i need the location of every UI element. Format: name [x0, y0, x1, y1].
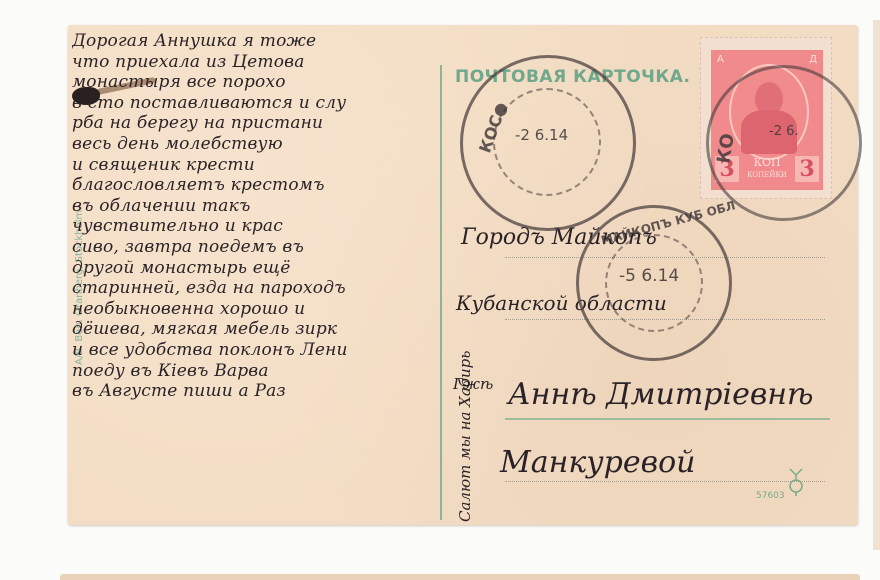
message-line: другой монастырь ещё — [72, 258, 440, 279]
message-line: весь день молебствую — [72, 134, 440, 155]
handwritten-message: Дорогая Аннушка я тожечто приехала из Це… — [72, 31, 440, 402]
postmark-destination: -5 6.14 МАЙКОПЪ КУБ ОБЛ — [576, 205, 732, 361]
postmark-stamp-cancel-ring-text: КО — [713, 132, 739, 165]
postmark-origin: -2 6.14 КОС● — [460, 55, 636, 231]
message-line: благословляетъ крестомъ — [72, 175, 440, 196]
postcard: ПОЧТОВАЯ КАРТОЧКА. A/B. Ben. Granberg, S… — [68, 25, 858, 525]
message-line: и священик крести — [72, 155, 440, 176]
stamp-corner-left: А — [717, 54, 724, 65]
serial-number: 57603 — [756, 491, 785, 501]
message-line: поеду въ Кiевъ Варва — [72, 361, 440, 382]
message-line: что приехала из Цетова — [72, 52, 440, 73]
address-honorific: Гжѣ — [453, 375, 493, 393]
message-line: монастыря все порохо — [72, 72, 440, 93]
message-line: дёшева, мягкая мебель зирк — [72, 319, 440, 340]
next-postcard-edge — [60, 574, 860, 580]
message-line: рба на берегу на пристани — [72, 113, 440, 134]
postmark-stamp-cancel: -2 6. КО — [706, 65, 862, 221]
center-divider-line — [440, 65, 442, 520]
message-line: в сто поставливаются и слу — [72, 93, 440, 114]
postmark-origin-date: -2 6.14 — [515, 126, 568, 144]
address-rule-4 — [505, 481, 825, 482]
address-recipient-name: Аннѣ Дмитрiевнѣ — [508, 377, 814, 412]
message-line: чувствительно и крас — [72, 216, 440, 237]
message-line: старинней, езда на пароходъ — [72, 278, 440, 299]
message-line: и все удобства поклонъ Лени — [72, 340, 440, 361]
address-recipient-surname: Манкуревой — [500, 445, 695, 480]
address-rule-3 — [505, 418, 830, 420]
stamp-corner-right: Д — [809, 54, 817, 65]
postmark-stamp-cancel-date: -2 6. — [769, 124, 799, 139]
publisher-logo-icon — [788, 467, 804, 497]
message-line: въ облачении такъ — [72, 196, 440, 217]
postmark-destination-date: -5 6.14 — [619, 266, 679, 286]
message-line: въ Августе пиши а Раз — [72, 381, 440, 402]
message-line: Дорогая Аннушка я тоже — [72, 31, 440, 52]
message-line: сиво, завтра поедемъ въ — [72, 237, 440, 258]
message-line: необыкновенна хорошо и — [72, 299, 440, 320]
adjacent-card-edge — [873, 20, 880, 550]
